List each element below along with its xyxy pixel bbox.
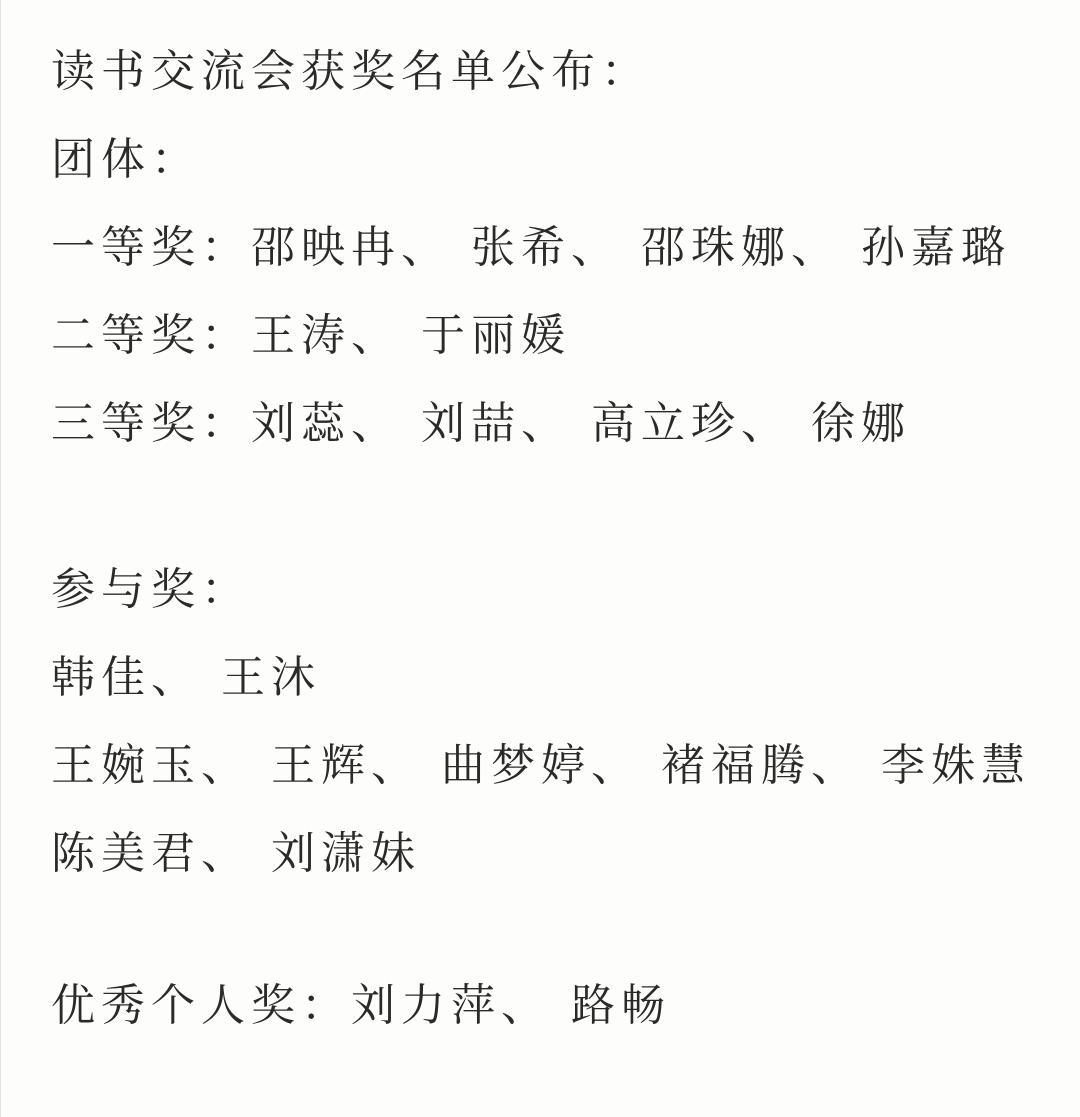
team-second-prize-line: 二等奖：王涛、 于丽媛 xyxy=(51,292,1050,380)
participation-section-heading: 参与奖： xyxy=(51,546,1050,634)
team-first-prize-line: 一等奖：邵映冉、 张希、 邵珠娜、 孙嘉璐 xyxy=(51,204,1050,292)
participation-names-line-2: 王婉玉、 王辉、 曲梦婷、 褚福腾、 李姝慧 xyxy=(51,722,1050,810)
participation-names-line-1: 韩佳、 王沐 xyxy=(51,634,1050,722)
handwritten-award-note: 读书交流会获奖名单公布： 团体： 一等奖：邵映冉、 张希、 邵珠娜、 孙嘉璐 二… xyxy=(0,0,1080,1117)
announcement-title: 读书交流会获奖名单公布： xyxy=(51,28,1050,116)
team-third-prize-line: 三等奖：刘蕊、 刘喆、 高立珍、 徐娜 xyxy=(51,380,1050,468)
participation-names-line-3: 陈美君、 刘潇妹 xyxy=(51,810,1050,898)
team-section-heading: 团体： xyxy=(51,116,1050,204)
individual-prize-line: 优秀个人奖：刘力萍、 路畅 xyxy=(51,962,1050,1050)
